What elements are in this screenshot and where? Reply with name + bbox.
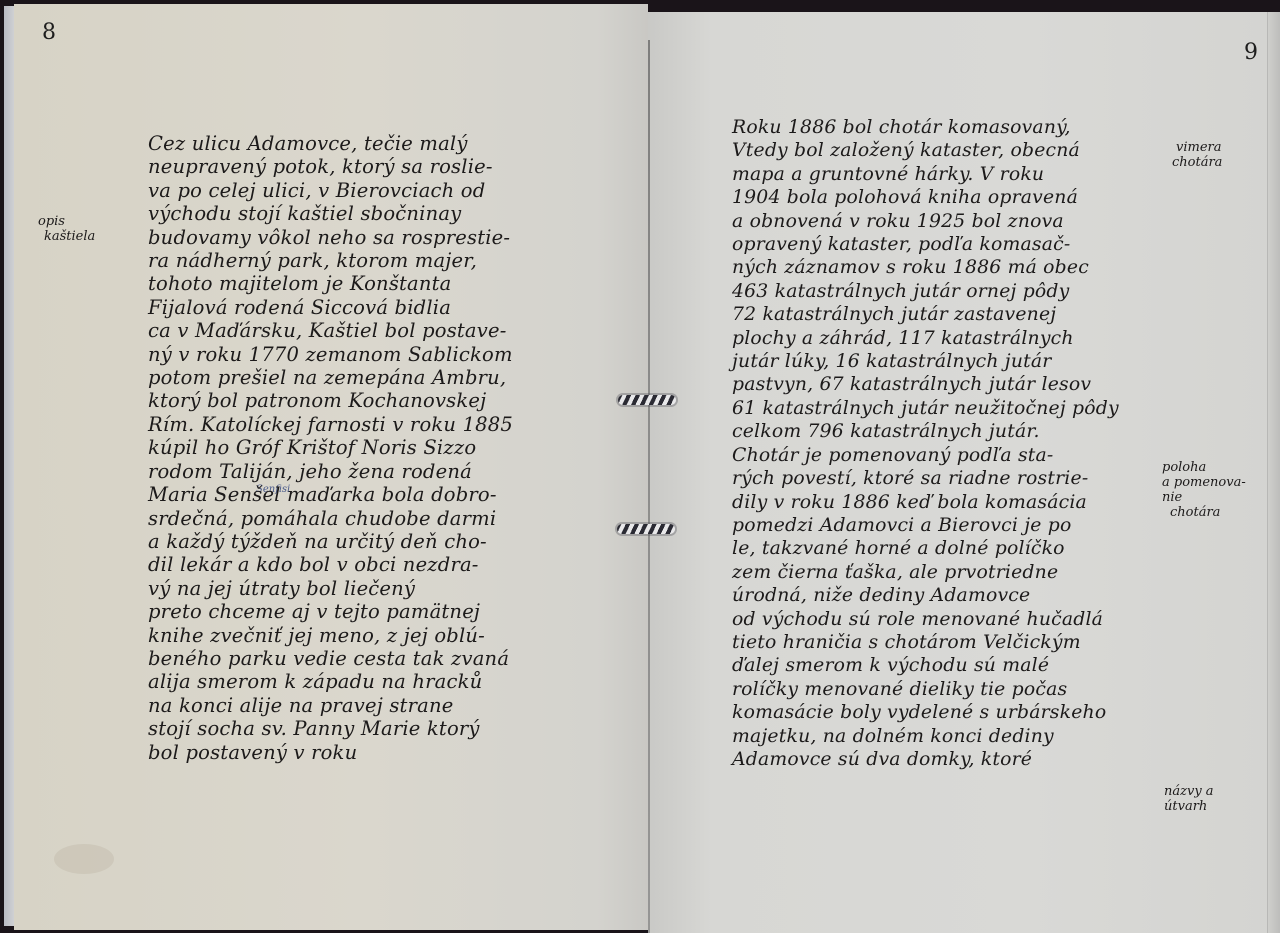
text-line: Cez ulicu Adamovce, tečie malý <box>148 132 513 155</box>
binding-stitch <box>617 524 675 534</box>
open-notebook: 8 opis kaštiela Senfisi Cez ulicu Adamov… <box>0 0 1280 933</box>
text-line: kúpil ho Gróf Krištof Noris Sizzo <box>148 436 513 459</box>
page-number: 9 <box>1244 40 1258 65</box>
text-line: od východu sú role menované hučadlá <box>732 608 1119 631</box>
text-line: na konci alije na pravej strane <box>148 694 513 717</box>
margin-note-line: kaštiela <box>38 229 95 244</box>
text-line: neupravený potok, ktorý sa roslie- <box>148 155 513 178</box>
margin-note-line: útvarh <box>1164 799 1214 814</box>
text-line: plochy a záhrád, 117 katastrálnych <box>732 327 1119 350</box>
margin-note-line: vimera <box>1176 140 1222 155</box>
handwritten-text-body: Roku 1886 bol chotár komasovaný, Vtedy b… <box>732 116 1119 771</box>
margin-note-line: opis <box>38 214 95 229</box>
text-line: jutár lúky, 16 katastrálnych jutár <box>732 350 1119 373</box>
binding-stitch <box>618 395 676 405</box>
right-page-edge <box>1267 12 1280 933</box>
text-line: ný v roku 1770 zemanom Sablickom <box>148 343 513 366</box>
margin-note-location-naming: poloha a pomenova- nie chotára <box>1162 460 1246 520</box>
text-line: alija smerom k západu na hracků <box>148 670 513 693</box>
text-line: bol postavený v roku <box>148 741 513 764</box>
text-line: ktorý bol patronom Kochanovskej <box>148 389 513 412</box>
text-line: tieto hraničia s chotárom Velčickým <box>732 631 1119 654</box>
text-line: mapa a gruntovné hárky. V roku <box>732 163 1119 186</box>
text-line: budovamy vôkol neho sa rosprestie- <box>148 226 513 249</box>
text-line: va po celej ulici, v Bierovciach od <box>148 179 513 202</box>
text-line: východu stojí kaštiel sbočninay <box>148 202 513 225</box>
text-line: úrodná, niže dediny Adamovce <box>732 584 1119 607</box>
text-line: dil lekár a kdo bol v obci nezdra- <box>148 553 513 576</box>
text-line: Fijalová rodená Siccová bidlia <box>148 296 513 319</box>
margin-note-line: chotára <box>1172 155 1222 170</box>
text-line: Chotár je pomenovaný podľa sta- <box>732 444 1119 467</box>
margin-note-line: chotára <box>1162 505 1246 520</box>
text-line: rodom Taliján, jeho žena rodená <box>148 460 513 483</box>
text-line: rolíčky menované dieliky tie počas <box>732 678 1119 701</box>
text-line: Vtedy bol založený kataster, obecná <box>732 139 1119 162</box>
text-line: Adamovce sú dva domky, ktoré <box>732 748 1119 771</box>
text-line: le, takzvané horné a dolné políčko <box>732 537 1119 560</box>
text-line: a obnovená v roku 1925 bol znova <box>732 210 1119 233</box>
paper-stain <box>54 844 114 874</box>
margin-note-castle-description: opis kaštiela <box>38 214 95 244</box>
left-page: 8 opis kaštiela Senfisi Cez ulicu Adamov… <box>14 4 648 930</box>
text-line: srdečná, pomáhala chudobe darmi <box>148 507 513 530</box>
margin-note-line: poloha <box>1162 460 1246 475</box>
text-line: pomedzi Adamovci a Bierovci je po <box>732 514 1119 537</box>
margin-note-line: nie <box>1162 490 1246 505</box>
text-line: dily v roku 1886 keď bola komasácia <box>732 491 1119 514</box>
text-line: ca v Maďársku, Kaštiel bol postave- <box>148 319 513 342</box>
text-line: vý na jej útraty bol liečený <box>148 577 513 600</box>
text-line: rých povestí, ktoré sa riadne rostrie- <box>732 467 1119 490</box>
margin-note-area-extent: vimera chotára <box>1176 140 1222 170</box>
text-line: 1904 bola polohová kniha opravená <box>732 186 1119 209</box>
text-line: preto chceme aj v tejto pamätnej <box>148 600 513 623</box>
text-line: 61 katastrálnych jutár neužitočnej pôdy <box>732 397 1119 420</box>
text-line: potom prešiel na zemepána Ambru, <box>148 366 513 389</box>
text-line: a každý týždeň na určitý deň cho- <box>148 530 513 553</box>
text-line: Maria Senšel maďarka bola dobro- <box>148 483 513 506</box>
text-line: celkom 796 katastrálnych jutár. <box>732 420 1119 443</box>
text-line: beného parku vedie cesta tak zvaná <box>148 647 513 670</box>
text-line: pastvyn, 67 katastrálnych jutár lesov <box>732 373 1119 396</box>
text-line: ďalej smerom k východu sú malé <box>732 654 1119 677</box>
text-line: komasácie boly vydelené s urbárskeho <box>732 701 1119 724</box>
text-line: opravený kataster, podľa komasač- <box>732 233 1119 256</box>
book-spine-fold <box>648 40 650 933</box>
text-line: majetku, na dolném konci dediny <box>732 725 1119 748</box>
text-line: ných záznamov s roku 1886 má obec <box>732 256 1119 279</box>
margin-note-line: názvy a <box>1164 784 1214 799</box>
page-number: 8 <box>42 20 56 45</box>
text-line: knihe zvečniť jej meno, z jej oblú- <box>148 624 513 647</box>
text-line: 463 katastrálnych jutár ornej pôdy <box>732 280 1119 303</box>
text-line: zem čierna ťaška, ale prvotriedne <box>732 561 1119 584</box>
text-line: ra nádherný park, ktorom majer, <box>148 249 513 272</box>
text-line: tohoto majitelom je Konštanta <box>148 272 513 295</box>
text-line: Roku 1886 bol chotár komasovaný, <box>732 116 1119 139</box>
text-line: 72 katastrálnych jutár zastavenej <box>732 303 1119 326</box>
margin-note-names-formations: názvy a útvarh <box>1164 784 1214 814</box>
handwritten-text-body: Cez ulicu Adamovce, tečie malý neupraven… <box>148 132 513 764</box>
text-line: stojí socha sv. Panny Marie ktorý <box>148 717 513 740</box>
margin-note-line: a pomenova- <box>1162 475 1246 490</box>
right-page: 9 vimera chotára poloha a pomenova- nie … <box>648 12 1280 933</box>
text-line: Rím. Katolíckej farnosti v roku 1885 <box>148 413 513 436</box>
